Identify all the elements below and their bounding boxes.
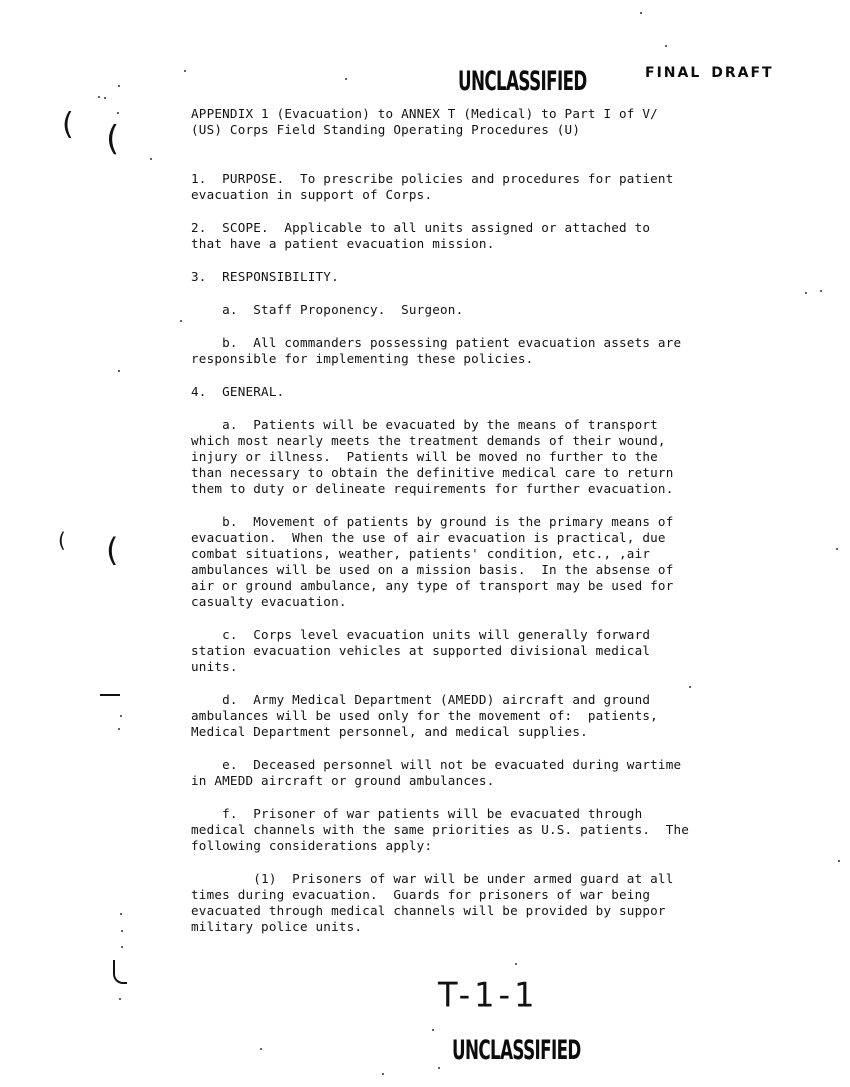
scan-speck bbox=[260, 1048, 262, 1050]
scan-speck bbox=[118, 728, 120, 730]
general-item-a-line3: injury or illness. Patients will be move… bbox=[191, 449, 658, 465]
scan-speck bbox=[180, 320, 182, 322]
section-scope-line2: that have a patient evacuation mission. bbox=[191, 236, 495, 252]
general-item-a-line4: than necessary to obtain the definitive … bbox=[191, 465, 674, 481]
document-title-line2: (US) Corps Field Standing Operating Proc… bbox=[191, 122, 580, 138]
scan-speck bbox=[805, 292, 807, 294]
section-responsibility-heading: 3. RESPONSIBILITY. bbox=[191, 269, 339, 285]
scan-speck bbox=[820, 290, 822, 292]
final-draft-stamp: FINALDRAFT bbox=[645, 65, 774, 81]
scan-speck bbox=[120, 913, 122, 915]
general-item-b-line1: b. Movement of patients by ground is the… bbox=[191, 514, 674, 530]
general-item-a-line2: which most nearly meets the treatment de… bbox=[191, 433, 666, 449]
general-item-b-line3: combat situations, weather, patients' co… bbox=[191, 546, 650, 562]
scan-speck bbox=[120, 715, 122, 717]
general-item-a-line1: a. Patients will be evacuated by the mea… bbox=[191, 417, 658, 433]
scan-speck bbox=[121, 930, 123, 932]
section-purpose-line1: 1. PURPOSE. To prescribe policies and pr… bbox=[191, 171, 674, 187]
scan-speck bbox=[121, 946, 123, 948]
general-item-f-sub1-line3: evacuated through medical channels will … bbox=[191, 903, 666, 919]
document-page: UNCLASSIFIED FINALDRAFT APPENDIX 1 (Evac… bbox=[0, 0, 850, 1087]
general-item-a-line5: them to duty or delineate requirements f… bbox=[191, 481, 674, 497]
scan-speck bbox=[640, 12, 642, 14]
scan-speck bbox=[665, 45, 667, 47]
margin-bracket-mark: ( bbox=[106, 122, 119, 156]
classification-stamp-top: UNCLASSIFIED bbox=[458, 66, 587, 97]
classification-stamp-bottom: UNCLASSIFIED bbox=[452, 1035, 581, 1066]
general-item-f-sub1-line4: military police units. bbox=[191, 919, 362, 935]
general-item-f-sub1-line1: (1) Prisoners of war will be under armed… bbox=[191, 871, 674, 887]
scan-speck bbox=[117, 112, 119, 114]
final-draft-word1: FINAL bbox=[645, 65, 701, 81]
scan-speck bbox=[345, 78, 347, 80]
general-item-c-line2: station evacuation vehicles at supported… bbox=[191, 643, 650, 659]
scan-speck bbox=[382, 1073, 384, 1075]
section-scope-line1: 2. SCOPE. Applicable to all units assign… bbox=[191, 220, 650, 236]
scan-speck bbox=[118, 85, 120, 87]
margin-corner-mark bbox=[113, 960, 127, 984]
margin-dash-mark bbox=[100, 694, 120, 696]
scan-speck bbox=[150, 158, 152, 160]
scan-speck bbox=[689, 686, 691, 688]
margin-bracket-mark: ( bbox=[58, 530, 66, 550]
margin-bracket-mark: ( bbox=[106, 534, 118, 566]
margin-bracket-mark: ( bbox=[62, 110, 74, 140]
responsibility-item-b-line1: b. All commanders possessing patient eva… bbox=[191, 335, 681, 351]
general-item-b-line2: evacuation. When the use of air evacuati… bbox=[191, 530, 666, 546]
general-item-e-line2: in AMEDD aircraft or ground ambulances. bbox=[191, 773, 495, 789]
general-item-b-line5: air or ground ambulance, any type of tra… bbox=[191, 578, 674, 594]
scan-speck bbox=[836, 548, 838, 550]
scan-speck bbox=[104, 97, 106, 99]
scan-speck bbox=[432, 1029, 434, 1031]
general-item-f-line1: f. Prisoner of war patients will be evac… bbox=[191, 806, 642, 822]
scan-speck bbox=[119, 998, 121, 1000]
general-item-e-line1: e. Deceased personnel will not be evacua… bbox=[191, 757, 681, 773]
general-item-d-line1: d. Army Medical Department (AMEDD) aircr… bbox=[191, 692, 650, 708]
general-item-b-line4: ambulances will be used on a mission bas… bbox=[191, 562, 674, 578]
scan-speck bbox=[515, 963, 517, 965]
general-item-b-line6: casualty evacuation. bbox=[191, 594, 347, 610]
general-item-f-line2: medical channels with the same prioritie… bbox=[191, 822, 689, 838]
scan-speck bbox=[118, 370, 120, 372]
scan-speck bbox=[184, 70, 186, 72]
section-purpose-line2: evacuation in support of Corps. bbox=[191, 187, 432, 203]
general-item-d-line3: Medical Department personnel, and medica… bbox=[191, 724, 588, 740]
final-draft-word2: DRAFT bbox=[711, 65, 773, 81]
scan-speck bbox=[438, 1067, 440, 1069]
responsibility-item-a: a. Staff Proponency. Surgeon. bbox=[191, 302, 463, 318]
scan-speck bbox=[838, 860, 840, 862]
scan-speck bbox=[98, 96, 100, 98]
page-number: T-1-1 bbox=[438, 975, 538, 1015]
general-item-c-line1: c. Corps level evacuation units will gen… bbox=[191, 627, 650, 643]
section-general-heading: 4. GENERAL. bbox=[191, 384, 284, 400]
general-item-f-line3: following considerations apply: bbox=[191, 838, 432, 854]
general-item-f-sub1-line2: times during evacuation. Guards for pris… bbox=[191, 887, 650, 903]
general-item-c-line3: units. bbox=[191, 659, 238, 675]
general-item-d-line2: ambulances will be used only for the mov… bbox=[191, 708, 658, 724]
responsibility-item-b-line2: responsible for implementing these polic… bbox=[191, 351, 533, 367]
document-title-line1: APPENDIX 1 (Evacuation) to ANNEX T (Medi… bbox=[191, 106, 658, 122]
